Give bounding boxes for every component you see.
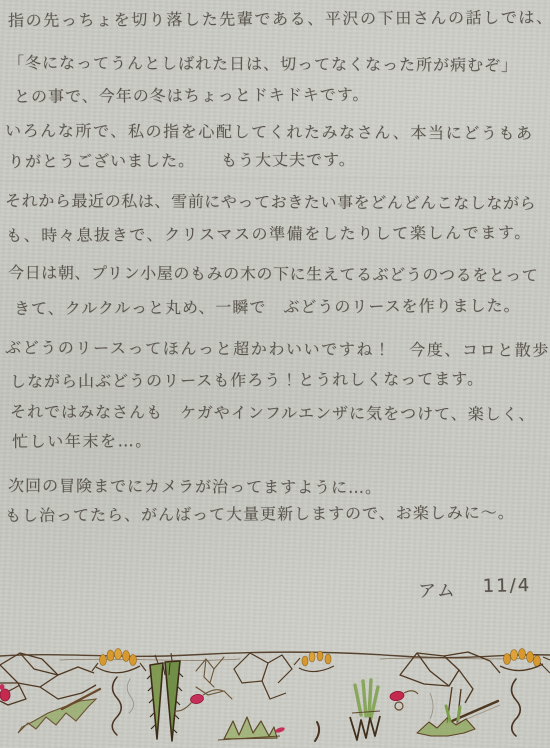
comma-stroke-icon	[315, 722, 319, 741]
letter-line: も、時々息抜きで、クリスマスの準備をしたりして楽しんでます。	[6, 220, 532, 246]
grass-blades-icon	[350, 680, 380, 740]
letter-line: もし治ってたら、がんばって大量更新しますので、お楽しみに〜。	[5, 500, 515, 526]
wavy-stem-icon	[112, 677, 133, 735]
letter-line: 今日は朝、プリン小屋のもみの木の下に生えてるぶどうのつるをとって	[8, 260, 538, 286]
red-berry-icon	[389, 690, 418, 710]
paper-crease	[0, 176, 550, 183]
red-dash-icon	[275, 726, 286, 733]
wavy-stem-icon	[512, 679, 521, 736]
letter-line: 「冬になってうんとしばれた日は、切ってなくなった所が病むぞ」	[8, 50, 518, 76]
letter-line: との事で、今年の冬はちょっとドキドキです。	[14, 82, 370, 107]
letter-line: いろんな所で、私の指を心配してくれたみなさん、本当にどうもあ	[5, 118, 534, 144]
fir-sprigs-icon	[147, 653, 183, 741]
orange-flower-icon	[500, 649, 550, 674]
paper-crease	[300, 453, 550, 459]
letter-line: ぶどうのリースってほんっと超かわいいですね！ 今度、コロと散歩	[5, 335, 550, 361]
signature-name: アム	[418, 576, 457, 603]
letter-line: 忙しい年末を…。	[12, 428, 153, 452]
letter-line: きて、クルクルっと丸め、一瞬で ぶどうのリースを作りました。	[14, 293, 521, 319]
letter-line: りがとうございました。 もう大丈夫です。	[8, 147, 356, 172]
dandelion-leaf-icon	[18, 689, 100, 733]
letter-paper: 指の先っちょを切り落した先輩である、平沢の下田さんの話しでは、 「冬になってうん…	[0, 0, 550, 748]
letter-line: 指の先っちょを切り落した先輩である、平沢の下田さんの話しでは、	[8, 5, 550, 31]
grass-tuft-icon	[218, 717, 280, 740]
botanical-border-illustration	[0, 643, 550, 748]
branch-lattice-right	[234, 653, 292, 699]
letter-line: 次回の冒険までにカメラが治ってますように…。	[8, 473, 382, 498]
signature-block: アム 11/4	[418, 575, 532, 603]
letter-line: それではみなさんも ケガやインフルエンザに気をつけて、楽しく、	[10, 399, 536, 425]
branch-lattice-left	[0, 653, 96, 705]
letter-line: しながら山ぶどうのリースも作ろう！とうれしくなってます。	[10, 366, 484, 392]
signature-date: 11/4	[483, 575, 532, 602]
orange-flower-icon	[92, 649, 146, 673]
leaf-spray-icon	[417, 706, 475, 736]
twig-cluster-icon	[175, 657, 232, 711]
letter-line: それから最近の私は、雪前にやっておきたい事をどんどんこなしながら	[5, 188, 536, 214]
branch-tree-icon	[400, 652, 500, 724]
red-berry-icon	[0, 684, 20, 701]
red-berry-icon	[190, 690, 223, 705]
orange-flower-icon	[294, 651, 334, 672]
